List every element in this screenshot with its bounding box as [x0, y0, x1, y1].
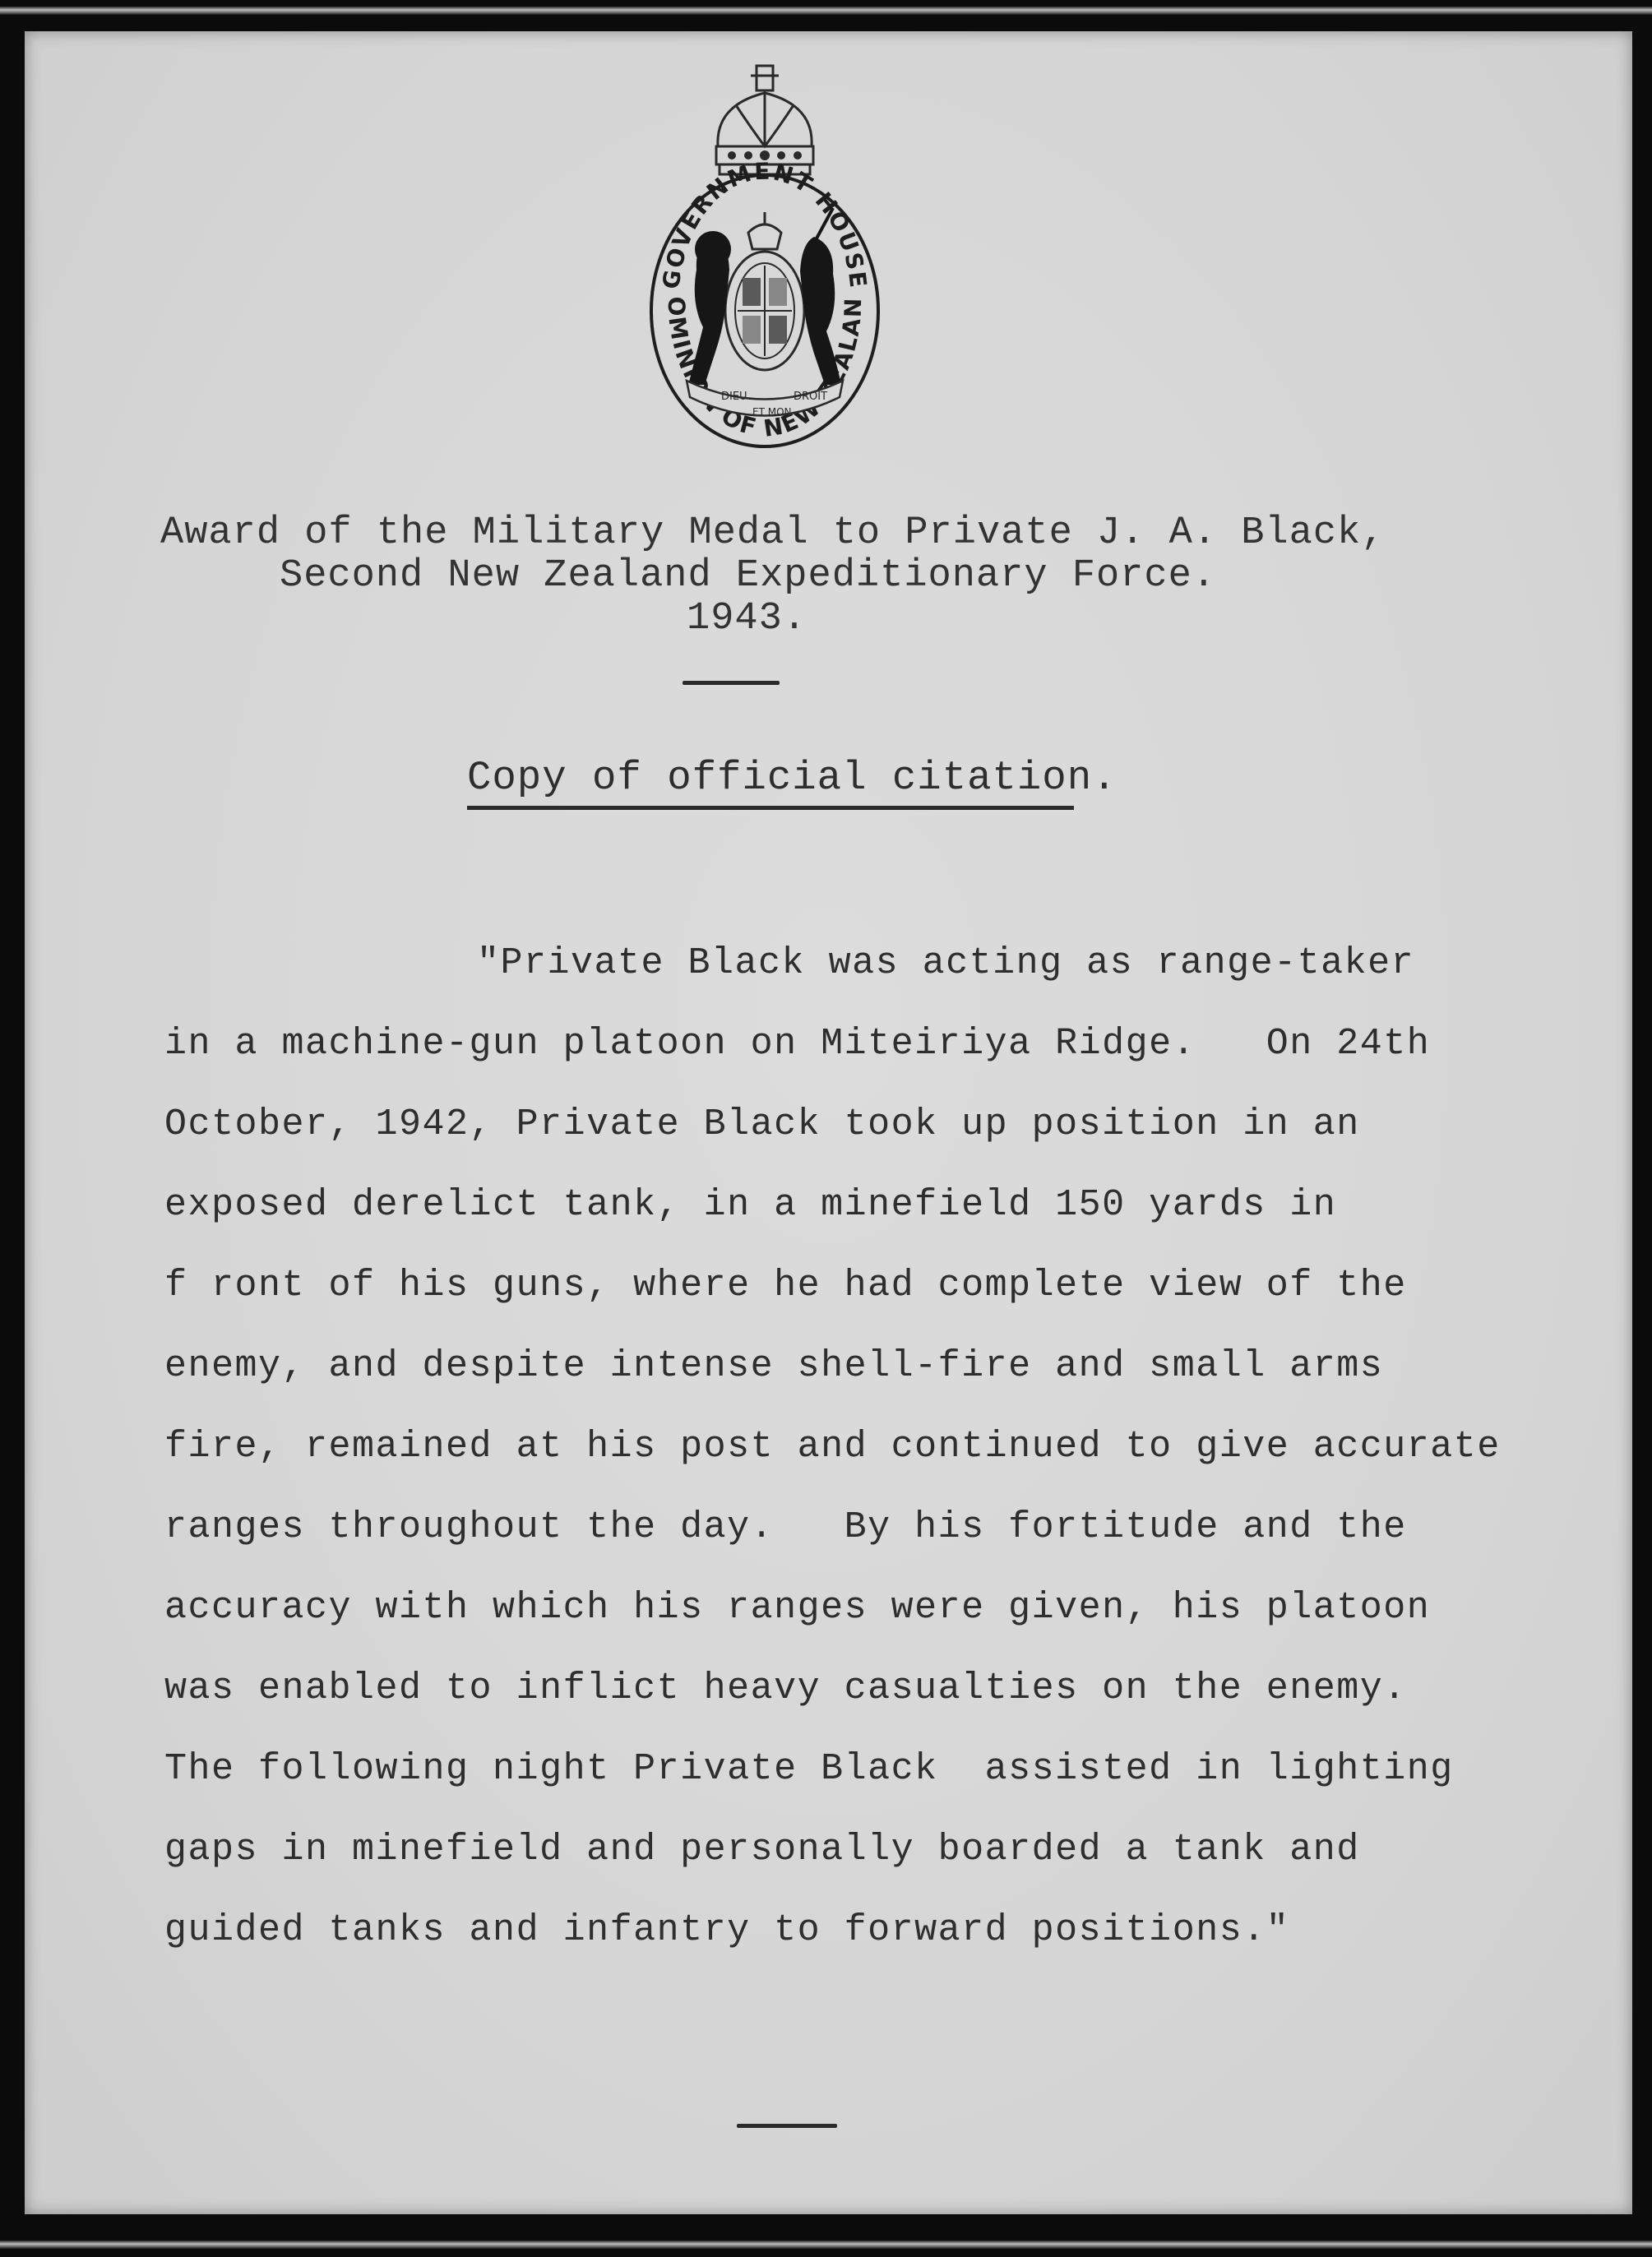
svg-text:DIEU: DIEU: [721, 391, 747, 403]
frame-top-edge: [0, 7, 1652, 15]
citation-line: guided tanks and infantry to forward pos…: [164, 1890, 1562, 1971]
heading-divider: [683, 681, 780, 685]
citation-line: ranges throughout the day. By his fortit…: [164, 1487, 1562, 1568]
citation-line: The following night Private Black assist…: [164, 1729, 1562, 1810]
citation-line: in a machine-gun platoon on Miteiriya Ri…: [164, 1004, 1562, 1085]
subtitle-underline: [467, 806, 1074, 810]
citation-line: "Private Black was acting as range-taker: [164, 923, 1562, 1004]
citation-subtitle: Copy of official citation.: [467, 755, 1118, 801]
heading-line-year: 1943.: [687, 598, 807, 641]
citation-line: accuracy with which his ranges were give…: [164, 1568, 1562, 1649]
citation-body: "Private Black was acting as range-taker…: [164, 923, 1562, 1971]
citation-line: enemy, and despite intense shell-fire an…: [164, 1326, 1562, 1407]
svg-text:ET MON: ET MON: [752, 406, 792, 418]
frame-bottom-edge: [0, 2241, 1652, 2249]
citation-line: exposed derelict tank, in a minefield 15…: [164, 1165, 1562, 1246]
citation-line: October, 1942, Private Black took up pos…: [164, 1085, 1562, 1165]
citation-line: was enabled to inflict heavy casualties …: [164, 1649, 1562, 1729]
government-house-crest-icon: GOVERNMENT HOUSE DOMINION OF NEW ZEALAND: [646, 56, 884, 459]
citation-line: fire, remained at his post and continued…: [164, 1407, 1562, 1487]
citation-line: f ront of his guns, where he had complet…: [164, 1246, 1562, 1326]
heading-line-award: Award of the Military Medal to Private J…: [160, 512, 1385, 555]
svg-text:DROIT: DROIT: [794, 391, 827, 403]
document-page: GOVERNMENT HOUSE DOMINION OF NEW ZEALAND: [25, 31, 1632, 2214]
closing-divider: [737, 2124, 837, 2128]
heading-line-force: Second New Zealand Expeditionary Force.: [280, 555, 1216, 598]
citation-line: gaps in minefield and personally boarded…: [164, 1810, 1562, 1890]
